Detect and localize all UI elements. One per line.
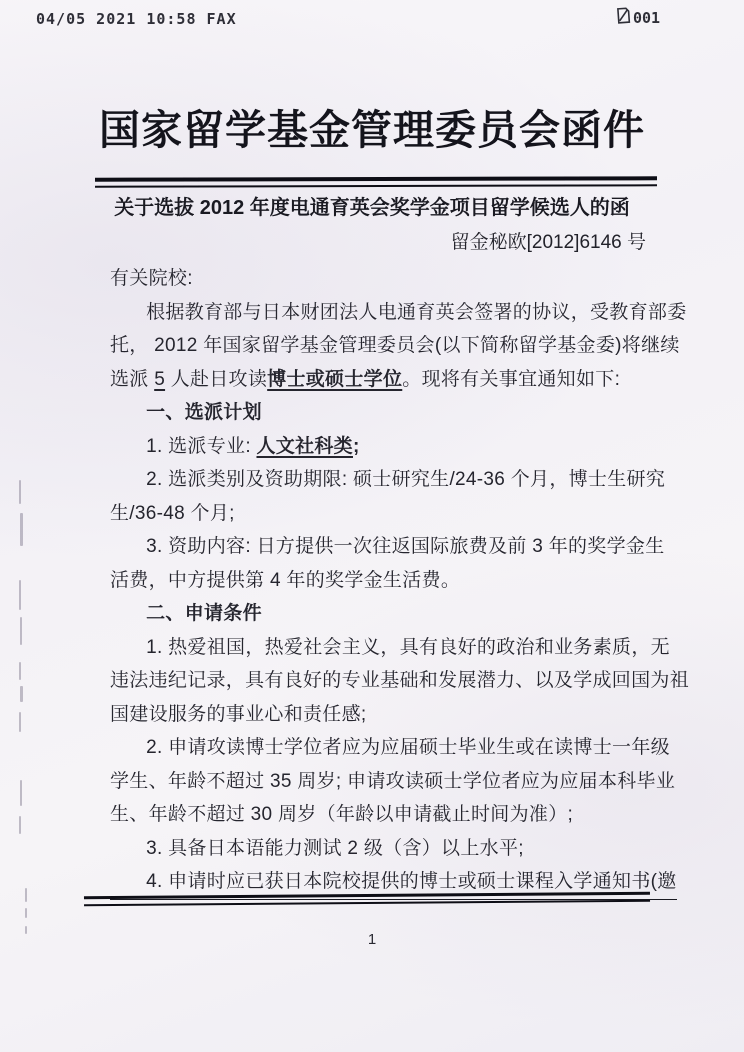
scan-artifact (20, 617, 22, 645)
fax-page-indicator: 001 (616, 7, 660, 28)
scan-artifact (20, 686, 23, 702)
scan-artifact (25, 926, 27, 934)
letterhead-title: 国家留学基金管理委员会函件 (0, 97, 744, 156)
scan-artifact (19, 662, 21, 680)
degree-emphasis: 博士或硕士学位 (267, 369, 402, 390)
body-line: 1. 热爱祖国，热爱社会主义，具有良好的政治和业务素质，无 (110, 631, 655, 665)
scan-artifact (20, 513, 23, 546)
salutation: 有关院校: (110, 262, 655, 296)
scan-artifact (20, 780, 22, 806)
quota-number: 5 (154, 369, 165, 390)
body-line: 学生、年龄不超过 35 周岁; 申请攻读硕士学位者应为应届本科毕业 (110, 765, 655, 799)
reference-number: 留金秘欧[2012]6146 号 (0, 227, 646, 254)
section2-heading: 二、申请条件 (110, 597, 655, 631)
body-line: 2. 申请攻读博士学位者应为应届硕士毕业生或在读博士一年级 (110, 731, 655, 765)
scan-artifact (25, 908, 27, 918)
scan-artifact (25, 888, 27, 902)
page-number: 1 (0, 931, 744, 948)
body-line: 国建设服务的事业心和责任感; (110, 698, 655, 732)
major-emphasis: 人文社科类 (256, 436, 353, 457)
scan-artifact (19, 816, 21, 834)
body-line: 1. 选派专业: 人文社科类; (110, 430, 655, 464)
scan-artifact (19, 480, 21, 504)
body-line: 活费，中方提供第 4 年的奖学金生活费。 (110, 564, 655, 598)
scanned-fax-page: 04/05 2021 10:58 FAX 001 国家留学基金管理委员会函件 关… (0, 0, 744, 1052)
body-line: 违法违纪记录，具有良好的专业基础和发展潜力、以及学成回国为祖 (110, 664, 655, 698)
letterhead-divider (95, 176, 657, 187)
body-line: 生/36-48 个月; (110, 497, 655, 531)
body-line: 生、年龄不超过 30 周岁（年龄以申请截止时间为准）; (110, 798, 655, 832)
body-line: 根据教育部与日本财团法人电通育英会签署的协议，受教育部委 (110, 296, 655, 330)
section1-heading: 一、选派计划 (110, 396, 655, 430)
scan-artifact (19, 712, 21, 732)
letter-body: 有关院校: 根据教育部与日本财团法人电通育英会签署的协议，受教育部委 托， 20… (110, 262, 655, 900)
body-line: 选派 5 人赴日攻读博士或硕士学位。现将有关事宜通知如下: (110, 363, 655, 397)
subject-line: 关于选拔 2012 年度电通育英会奖学金项目留学候选人的函 (0, 191, 744, 220)
fax-page-count: 001 (633, 9, 660, 27)
fax-page-icon (615, 7, 631, 29)
scan-artifact (19, 580, 21, 610)
body-line: 2. 选派类别及资助期限: 硕士研究生/24-36 个月，博士生研究 (110, 463, 655, 497)
body-line: 托， 2012 年国家留学基金管理委员会(以下简称留学基金委)将继续 (110, 329, 655, 363)
body-line: 3. 资助内容: 日方提供一次往返国际旅费及前 3 年的奖学金生 (110, 530, 655, 564)
body-line: 3. 具备日本语能力测试 2 级（含）以上水平; (110, 832, 655, 866)
fax-timestamp: 04/05 2021 10:58 FAX (36, 10, 237, 28)
